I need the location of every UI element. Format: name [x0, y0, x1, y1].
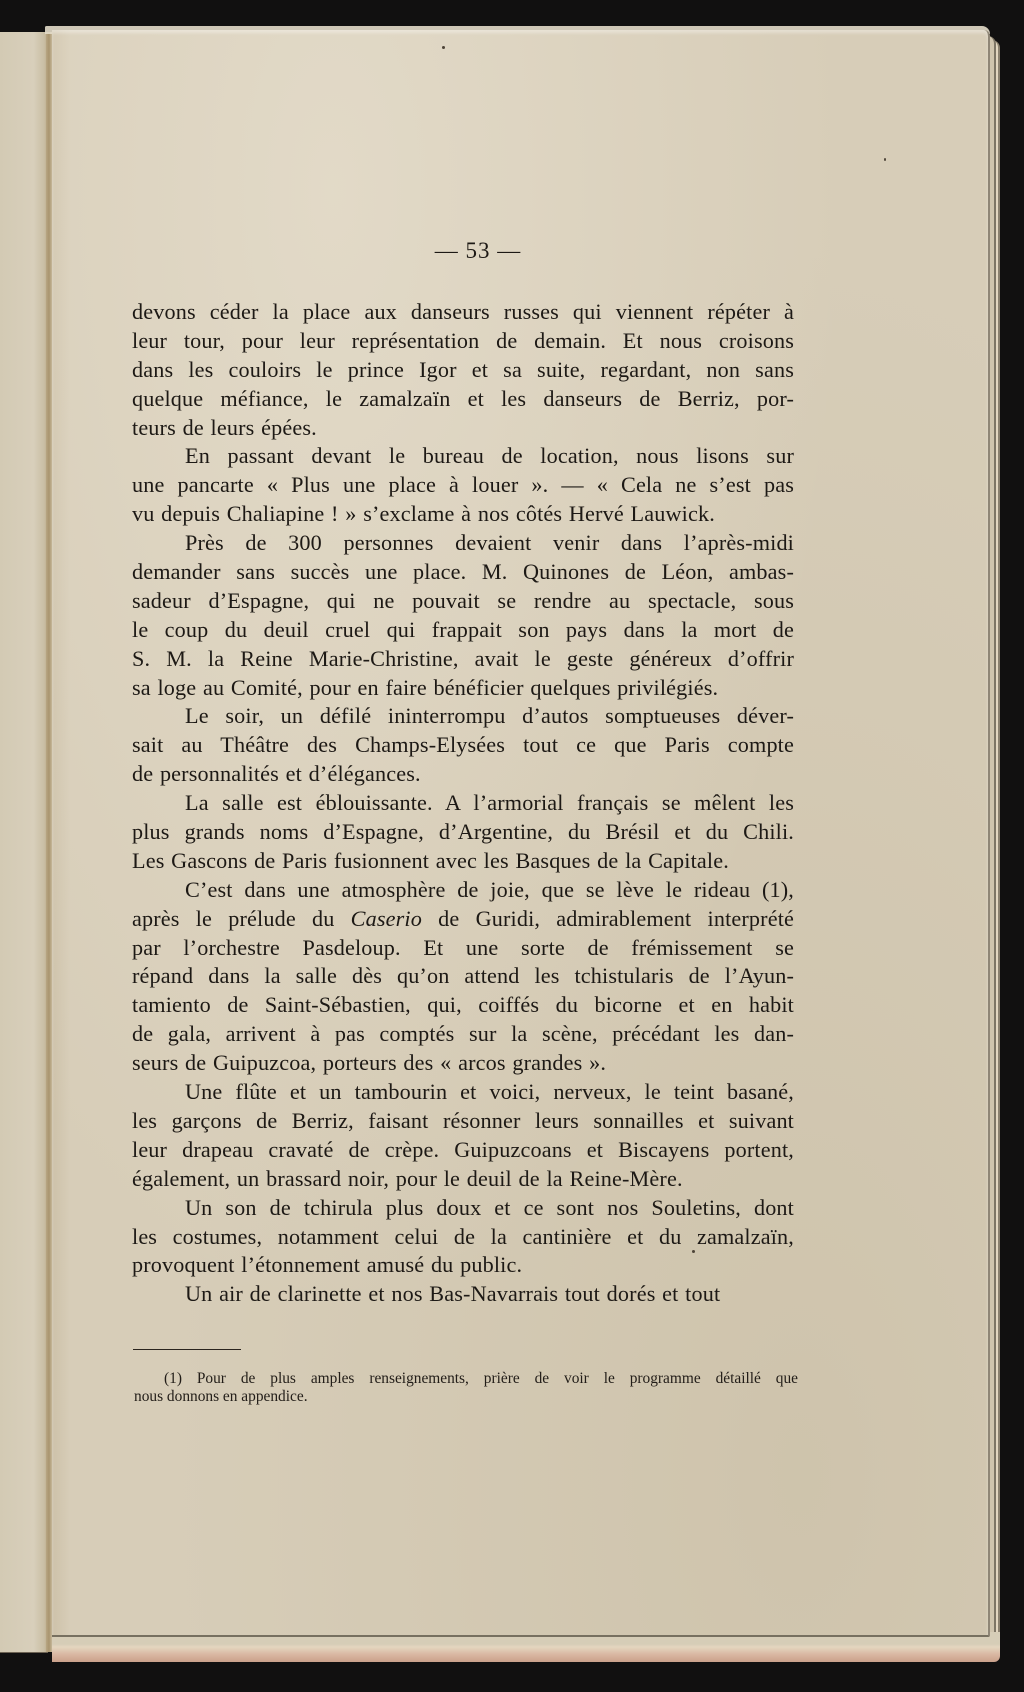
text-line: après le prélude du Caserio de Guridi, a…: [132, 905, 794, 934]
text-line: provoquent l’étonnement amusé du public.: [132, 1251, 794, 1280]
text-line: teurs de leurs épées.: [132, 414, 794, 443]
paragraph: Une flûte et un tambourin et voici, nerv…: [132, 1078, 794, 1194]
paragraph: La salle est éblouissante. A l’armorial …: [132, 789, 794, 876]
text-line: S. M. la Reine Marie-Christine, avait le…: [132, 645, 794, 674]
footnote-line: (1) Pour de plus amples renseignements, …: [134, 1370, 798, 1388]
paragraph: Le soir, un défilé ininterrompu d’autos …: [132, 702, 794, 789]
text-line: seurs de Guipuzcoa, porteurs des « arcos…: [132, 1049, 794, 1078]
text-line: dans les couloirs le prince Igor et sa s…: [132, 356, 794, 385]
text-line: devons céder la place aux danseurs russe…: [132, 298, 794, 327]
text-line: La salle est éblouissante. A l’armorial …: [132, 789, 794, 818]
text-line: Un son de tchirula plus doux et ce sont …: [132, 1194, 794, 1223]
italic-title: Caserio: [351, 906, 422, 931]
text-line: Près de 300 personnes devaient venir dan…: [132, 529, 794, 558]
paragraph: Un air de clarinette et nos Bas-Navarrai…: [132, 1280, 794, 1309]
text-line: En passant devant le bureau de location,…: [132, 442, 794, 471]
text-line: sa loge au Comité, pour en faire bénéfic…: [132, 674, 794, 703]
footnote: (1) Pour de plus amples renseignements, …: [134, 1370, 798, 1406]
text-line: Le soir, un défilé ininterrompu d’autos …: [132, 702, 794, 731]
text-line: répand dans la salle dès qu’on attend le…: [132, 962, 794, 991]
text-line: les costumes, notamment celui de la cant…: [132, 1223, 794, 1252]
text-line: demander sans succès une place. M. Quino…: [132, 558, 794, 587]
text-line: Un air de clarinette et nos Bas-Navarrai…: [132, 1280, 794, 1309]
scanned-book-spread: — 53 — devons céder la place aux danseur…: [0, 0, 1024, 1692]
footnote-separator: [133, 1349, 241, 1350]
text-line: Les Gascons de Paris fusionnent avec les…: [132, 847, 794, 876]
text-line: une pancarte « Plus une place à louer ».…: [132, 471, 794, 500]
text-line: vu depuis Chaliapine ! » s’exclame à nos…: [132, 500, 794, 529]
text-line: sait au Théâtre des Champs-Elysées tout …: [132, 731, 794, 760]
text-line: quelque méfiance, le zamalzaïn et les da…: [132, 385, 794, 414]
page-number: — 53 —: [162, 236, 794, 298]
text-line: leur tour, pour leur représentation de d…: [132, 327, 794, 356]
text-line: tamiento de Saint-Sébastien, qui, coiffé…: [132, 991, 794, 1020]
body-text: devons céder la place aux danseurs russe…: [132, 298, 794, 1309]
text-line: leur drapeau cravaté de crèpe. Guipuzcoa…: [132, 1136, 794, 1165]
paragraph: Un son de tchirula plus doux et ce sont …: [132, 1194, 794, 1281]
page-body: — 53 — devons céder la place aux danseur…: [132, 236, 794, 1309]
text-line: plus grands noms d’Espagne, d’Argentine,…: [132, 818, 794, 847]
paragraph: En passant devant le bureau de location,…: [132, 442, 794, 529]
text-line: également, un brassard noir, pour le deu…: [132, 1165, 794, 1194]
paper-speck: [884, 158, 886, 161]
text-line: par l’orchestre Pasdeloup. Et une sorte …: [132, 934, 794, 963]
text-line: le coup du deuil cruel qui frappait son …: [132, 616, 794, 645]
paragraph: devons céder la place aux danseurs russe…: [132, 298, 794, 442]
text-line: Une flûte et un tambourin et voici, nerv…: [132, 1078, 794, 1107]
text-line: de gala, arrivent à pas comptés sur la s…: [132, 1020, 794, 1049]
paragraph: C’est dans une atmosphère de joie, que s…: [132, 876, 794, 1078]
left-facing-page-edge: [0, 32, 48, 1653]
paragraph: Près de 300 personnes devaient venir dan…: [132, 529, 794, 702]
text-line: les garçons de Berriz, faisant résonner …: [132, 1107, 794, 1136]
paper-speck: [442, 46, 445, 49]
text-line: C’est dans une atmosphère de joie, que s…: [132, 876, 794, 905]
text-line: de personnalités et d’élégances.: [132, 760, 794, 789]
footnote-line: nous donnons en appendice.: [134, 1388, 798, 1406]
text-line: sadeur d’Espagne, qui ne pouvait se rend…: [132, 587, 794, 616]
